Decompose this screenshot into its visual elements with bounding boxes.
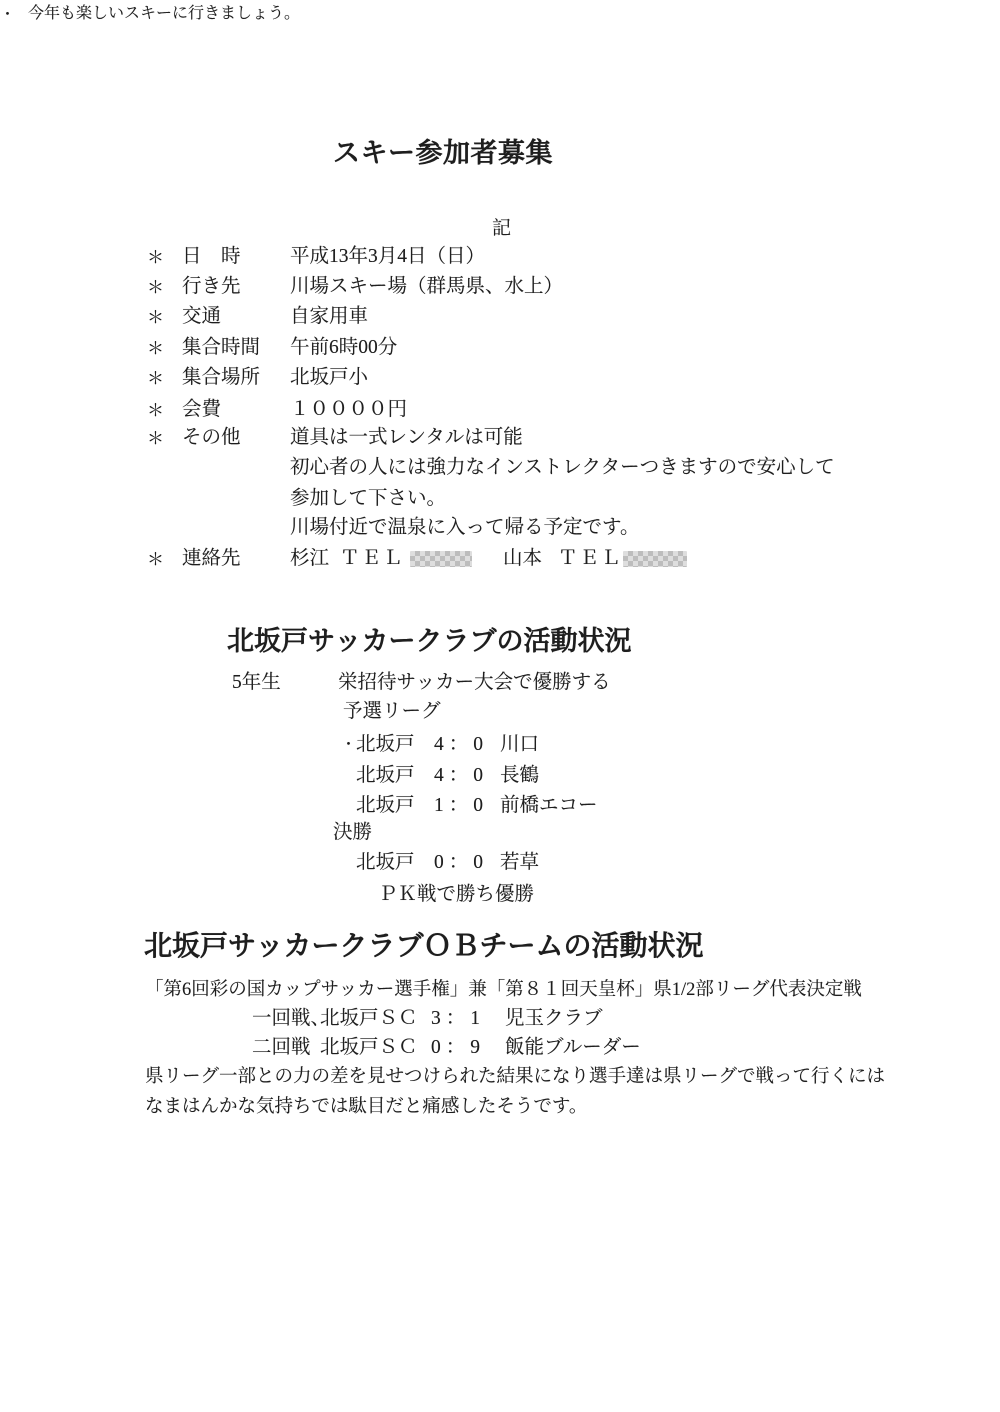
pk-result-note: ＰＫ戦で勝ち優勝 (378, 884, 534, 906)
ski-section-title: スキー参加者募集 (333, 131, 553, 170)
detail-extra-text: 川場付近で温泉に入って帰る予定です。 (290, 517, 639, 539)
intro-line: ・ 今年も楽しいスキーに行きましょう。 (0, 0, 1000, 24)
contact-name: 杉江 (290, 548, 329, 570)
bullet-dot: ・ (0, 0, 18, 24)
match-home-team: 北坂戸ＳＣ (320, 1008, 418, 1030)
bullet-dot: ・ (341, 737, 356, 754)
contact-name: 山本 (503, 548, 542, 570)
match-home-team: 北坂戸 (356, 765, 415, 787)
tel-label: ＴＥＬ (340, 548, 405, 570)
match-score: 0：9 (431, 1037, 485, 1059)
detail-label: 集合場所 (182, 367, 260, 389)
closing-paragraph-line: 県リーグ一部との力の差を見せつけられた結果になり選手達は県リーグで戦って行くには (145, 1067, 885, 1088)
detail-label: 日 時 (182, 246, 241, 268)
match-score: 1：0 (434, 795, 488, 817)
asterisk-marker: ＊ (147, 369, 164, 389)
detail-row-fee: ＊ 会費 １００００円 (0, 399, 1000, 425)
match-row: 北坂戸 4：0 長鶴 (0, 765, 1000, 791)
match-away-team: 児玉クラブ (505, 1008, 603, 1030)
asterisk-marker: ＊ (147, 429, 164, 449)
ob-match-row: 二回戦 北坂戸ＳＣ 0：9 飯能ブルーダー (0, 1037, 1000, 1063)
qualifying-league-label: 予選リーグ (343, 701, 441, 723)
detail-row-contact: ＊ 連絡先 杉江 ＴＥＬ 山本 ＴＥＬ (0, 548, 1000, 574)
detail-value: 道具は一式レンタルは可能 (290, 427, 523, 449)
detail-label: 連絡先 (182, 548, 241, 570)
detail-value: 川場スキー場（群馬県、水上） (290, 276, 563, 298)
redacted-phone-number (623, 551, 687, 567)
detail-row-meeting-time: ＊ 集合時間 午前6時00分 (0, 337, 1000, 363)
intro-text: 今年も楽しいスキーに行きましょう。 (28, 0, 300, 24)
match-score: 0：0 (434, 852, 488, 874)
final-match-row: 北坂戸 0：0 若草 (0, 852, 1000, 878)
detail-value: 午前6時00分 (290, 337, 397, 359)
asterisk-marker: ＊ (147, 339, 164, 359)
match-round-label: 一回戦、 (252, 1008, 330, 1030)
grade-label: 5年生 (232, 672, 281, 694)
final-label: 決勝 (333, 822, 372, 844)
detail-value: 平成13年3月4日（日） (290, 246, 485, 268)
match-home-team: 北坂戸 (356, 852, 415, 874)
ob-section-heading: 北坂戸サッカークラブＯＢチームの活動状況 (144, 924, 703, 964)
asterisk-marker: ＊ (147, 248, 164, 268)
detail-extra-line: 川場付近で温泉に入って帰る予定です。 (0, 517, 1000, 543)
detail-row-transport: ＊ 交通 自家用車 (0, 306, 1000, 332)
match-home-team: 北坂戸ＳＣ (320, 1037, 418, 1059)
detail-extra-text: 参加して下さい。 (290, 488, 446, 510)
match-away-team: 長鶴 (500, 765, 539, 787)
club-section-heading: 北坂戸サッカークラブの活動状況 (227, 619, 631, 658)
ob-match-row: 一回戦、 北坂戸ＳＣ 3：1 児玉クラブ (0, 1008, 1000, 1034)
asterisk-marker: ＊ (147, 308, 164, 328)
match-row: ・ 北坂戸 4：0 川口 (0, 734, 1000, 760)
detail-row-destination: ＊ 行き先 川場スキー場（群馬県、水上） (0, 276, 1000, 302)
match-away-team: 川口 (500, 734, 539, 756)
detail-extra-text: 初心者の人には強力なインストレクターつきますので安心して (290, 457, 835, 479)
match-home-team: 北坂戸 (356, 734, 415, 756)
match-away-team: 飯能ブルーダー (505, 1037, 641, 1059)
tel-label: ＴＥＬ (558, 548, 623, 570)
detail-extra-line: 参加して下さい。 (0, 488, 1000, 514)
detail-extra-line: 初心者の人には強力なインストレクターつきますので安心して (0, 457, 1000, 483)
match-row: 北坂戸 1：0 前橋エコー (0, 795, 1000, 821)
closing-paragraph-line: なまはんかな気持ちでは駄目だと痛感したそうです。 (145, 1097, 587, 1118)
detail-value: １００００円 (290, 399, 407, 421)
asterisk-marker: ＊ (147, 278, 164, 298)
detail-row-other: ＊ その他 道具は一式レンタルは可能 (0, 427, 1000, 453)
detail-row-date: ＊ 日 時 平成13年3月4日（日） (0, 246, 1000, 272)
match-score: 3：1 (431, 1008, 485, 1030)
achievement-text: 栄招待サッカー大会で優勝する (338, 672, 611, 694)
redacted-phone-number (410, 551, 472, 567)
asterisk-marker: ＊ (147, 401, 164, 421)
match-score: 4：0 (434, 765, 488, 787)
detail-label: 交通 (182, 306, 221, 328)
detail-row-meeting-place: ＊ 集合場所 北坂戸小 (0, 367, 1000, 393)
match-score: 4：0 (434, 734, 488, 756)
detail-value: 北坂戸小 (290, 367, 368, 389)
match-round-label: 二回戦 (252, 1037, 311, 1059)
detail-label: 集合時間 (182, 337, 260, 359)
detail-value: 自家用車 (290, 306, 368, 328)
ki-label: 記 (492, 213, 511, 240)
detail-label: その他 (182, 427, 241, 449)
detail-label: 会費 (182, 399, 221, 421)
detail-label: 行き先 (182, 276, 241, 298)
match-away-team: 若草 (500, 852, 539, 874)
match-away-team: 前橋エコー (500, 795, 598, 817)
match-home-team: 北坂戸 (356, 795, 415, 817)
scanned-newsletter-page: スキー参加者募集 ・ 今年も楽しいスキーに行きましょう。 記 ＊ 日 時 平成1… (0, 0, 1000, 1412)
asterisk-marker: ＊ (147, 550, 164, 570)
tournament-title-line: 「第6回彩の国カップサッカー選手権」兼「第８１回天皇杯」県1/2部リーグ代表決定… (145, 980, 862, 1001)
